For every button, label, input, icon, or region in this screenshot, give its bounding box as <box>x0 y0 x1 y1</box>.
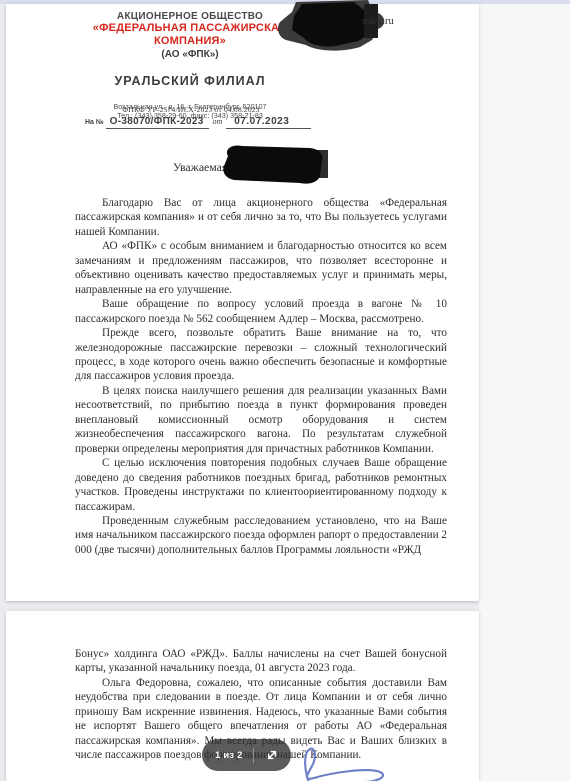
expand-arrows-icon <box>265 748 279 762</box>
in-reply-date: 07.07.2023 <box>226 116 311 129</box>
page-indicator: 1 из 2 <box>202 750 243 761</box>
paragraph: С целью исключения повторения подобных с… <box>75 456 447 514</box>
handwritten-signature <box>280 745 400 781</box>
in-reply-number: О-38070/ФПК-2023 <box>106 116 209 129</box>
incoming-reference: На № О-38070/ФПК-2023 от 07.07.2023 <box>85 116 311 127</box>
paragraph: Ваше обращение по вопросу условий проезд… <box>75 297 447 326</box>
page-indicator-pill: 1 из 2 <box>202 739 291 771</box>
expand-button[interactable] <box>263 746 281 764</box>
branch-name: УРАЛЬСКИЙ ФИЛИАЛ <box>40 74 340 88</box>
email-fragment: ndex.ru <box>362 16 394 27</box>
viewer-background <box>479 4 570 781</box>
in-reply-preposition: от <box>213 117 223 126</box>
redaction-blob-name <box>222 144 330 186</box>
salutation: Уважаемая <box>173 160 227 175</box>
paragraph: Благодарю Вас от лица акционерного общес… <box>75 196 447 239</box>
paragraph: Бонус» холдинга ОАО «РЖД». Баллы начисле… <box>75 647 447 676</box>
document-page-1: АКЦИОНЕРНОЕ ОБЩЕСТВО «ФЕДЕРАЛЬНАЯ ПАССАЖ… <box>6 4 479 601</box>
pill-divider <box>253 748 254 763</box>
paragraph: АО «ФПК» с особым вниманием и благодарно… <box>75 239 447 297</box>
attachment-viewer: { "viewer": { "page_indicator": "1 из 2"… <box>0 0 570 781</box>
outgoing-reference: ФПКФ УР-2574/ИСХ-2023 от 04.08.2023 <box>46 105 336 114</box>
paragraph: Прежде всего, позвольте обратить Ваше вн… <box>75 326 447 384</box>
paragraph: Проведенным служебным расследованием уст… <box>75 514 447 557</box>
letter-body-page1: Благодарю Вас от лица акционерного общес… <box>75 196 447 557</box>
in-reply-label: На № <box>85 119 104 126</box>
paragraph: В целях поиска наилучшего решения для ре… <box>75 384 447 456</box>
